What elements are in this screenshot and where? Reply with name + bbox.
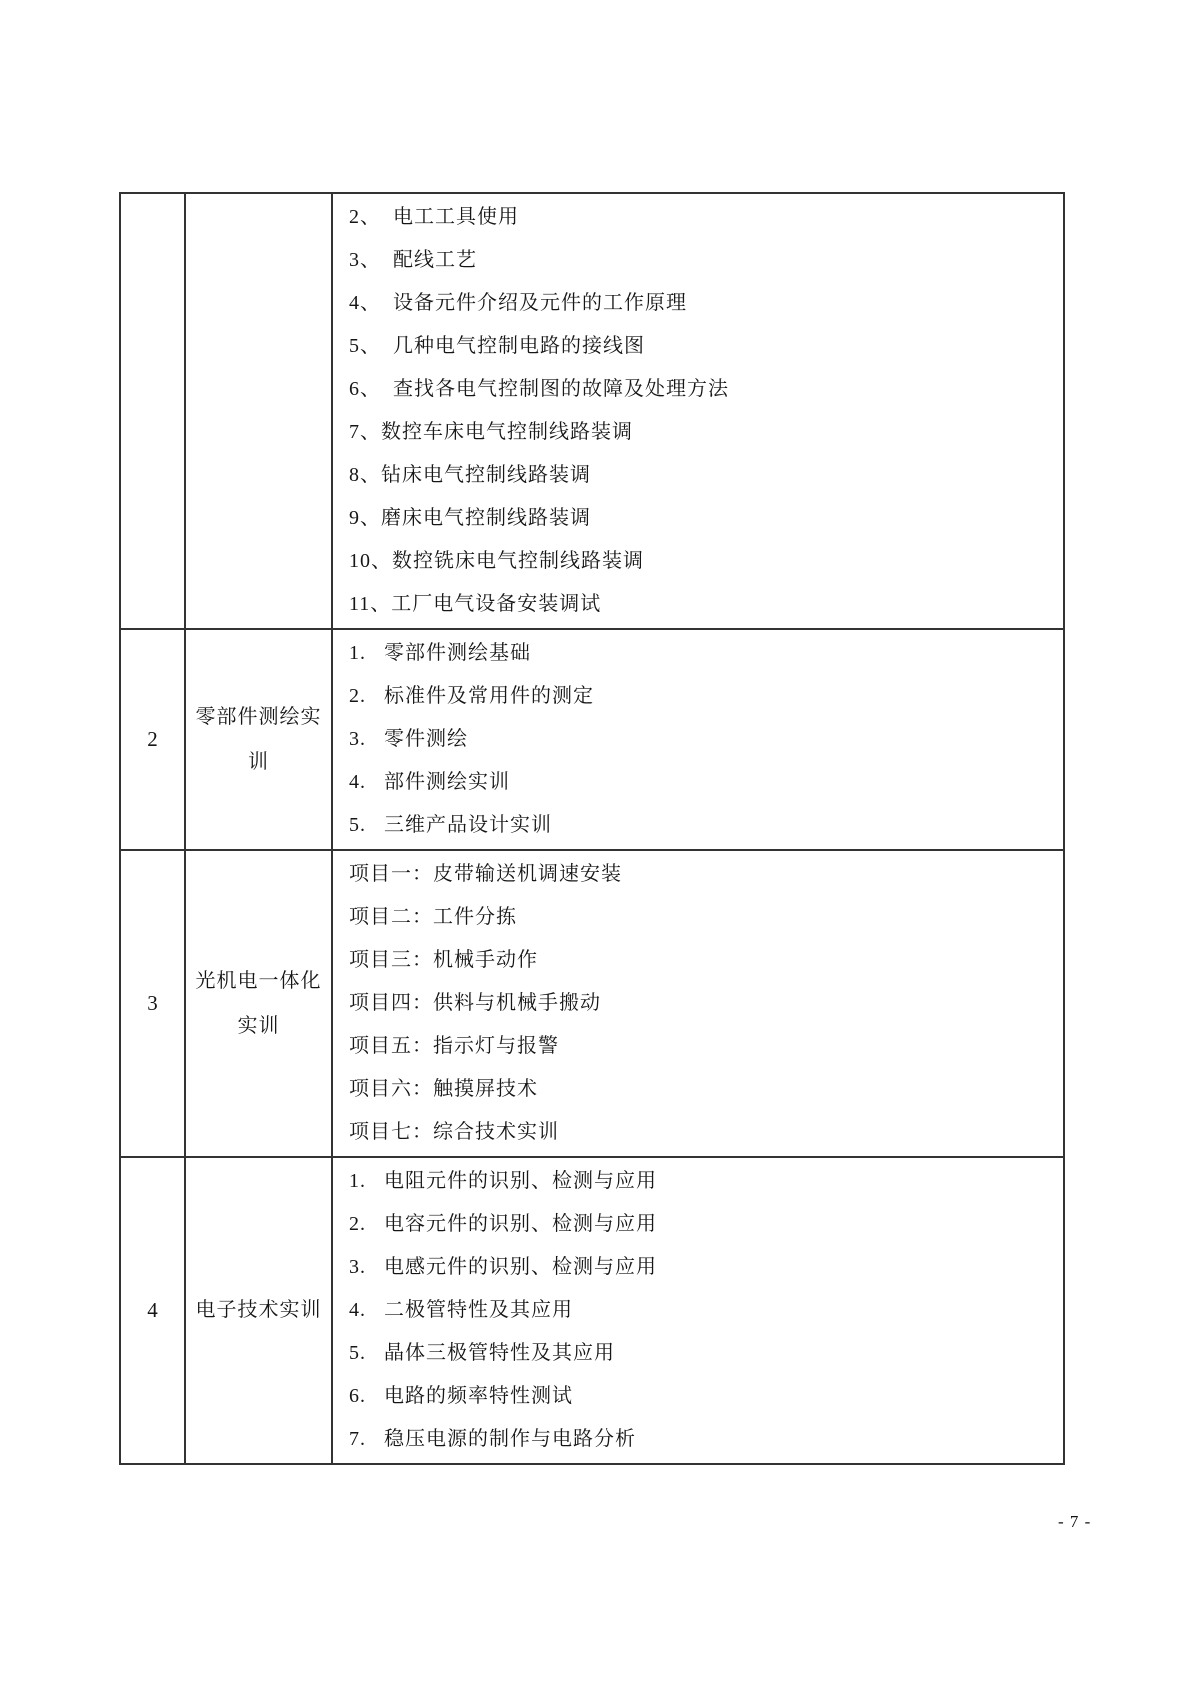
content-line: 项目五：指示灯与报警 (333, 1025, 1063, 1068)
content-line: 2. 标准件及常用件的测定 (333, 675, 1063, 718)
content-line: 1. 零部件测绘基础 (333, 632, 1063, 675)
content-line: 5. 三维产品设计实训 (333, 804, 1063, 847)
content-line: 项目六：触摸屏技术 (333, 1068, 1063, 1111)
content-line: 1. 电阻元件的识别、检测与应用 (333, 1160, 1063, 1203)
content-line: 项目三：机械手动作 (333, 939, 1063, 982)
content-line: 9、磨床电气控制线路装调 (333, 497, 1063, 540)
content-line: 5. 晶体三极管特性及其应用 (333, 1332, 1063, 1375)
page-number: - 7 - (1058, 1512, 1091, 1532)
content-line: 4. 二极管特性及其应用 (333, 1289, 1063, 1332)
content-line: 3. 零件测绘 (333, 718, 1063, 761)
content-line: 10、数控铣床电气控制线路装调 (333, 540, 1063, 583)
content-line: 7、数控车床电气控制线路装调 (333, 411, 1063, 454)
course-name: 光机电一体化实训 (195, 959, 323, 1049)
content-line: 5、 几种电气控制电路的接线图 (333, 325, 1063, 368)
content-line: 项目二：工件分拣 (333, 896, 1063, 939)
course-content-cell: 1. 零部件测绘基础 2. 标准件及常用件的测定 3. 零件测绘 4. 部件测绘… (332, 629, 1064, 850)
course-name: 电子技术实训 (195, 1288, 323, 1333)
course-name-cell: 零部件测绘实训 (185, 629, 332, 850)
row-index-cell: 2 (120, 629, 185, 850)
content-line: 3. 电感元件的识别、检测与应用 (333, 1246, 1063, 1289)
course-content-cell: 2、 电工工具使用 3、 配线工艺 4、 设备元件介绍及元件的工作原理 5、 几… (332, 193, 1064, 629)
content-line: 6、 查找各电气控制图的故障及处理方法 (333, 368, 1063, 411)
content-line: 2. 电容元件的识别、检测与应用 (333, 1203, 1063, 1246)
row-index-cell: 4 (120, 1157, 185, 1464)
content-line: 3、 配线工艺 (333, 239, 1063, 282)
content-line: 7. 稳压电源的制作与电路分析 (333, 1418, 1063, 1461)
table-row-2: 2 零部件测绘实训 1. 零部件测绘基础 2. 标准件及常用件的测定 3. 零件… (120, 629, 1064, 850)
table-row-continuation: 2、 电工工具使用 3、 配线工艺 4、 设备元件介绍及元件的工作原理 5、 几… (120, 193, 1064, 629)
content-line: 4、 设备元件介绍及元件的工作原理 (333, 282, 1063, 325)
course-name-cell: 电子技术实训 (185, 1157, 332, 1464)
content-line: 8、钻床电气控制线路装调 (333, 454, 1063, 497)
content-line: 2、 电工工具使用 (333, 196, 1063, 239)
content-line: 项目七：综合技术实训 (333, 1111, 1063, 1154)
course-name-cell: 光机电一体化实训 (185, 850, 332, 1157)
table-row-4: 4 电子技术实训 1. 电阻元件的识别、检测与应用 2. 电容元件的识别、检测与… (120, 1157, 1064, 1464)
course-name: 零部件测绘实训 (195, 695, 323, 785)
content-line: 11、工厂电气设备安装调试 (333, 583, 1063, 626)
row-index-cell (120, 193, 185, 629)
content-line: 4. 部件测绘实训 (333, 761, 1063, 804)
training-content-table: 2、 电工工具使用 3、 配线工艺 4、 设备元件介绍及元件的工作原理 5、 几… (119, 192, 1065, 1465)
course-content-cell: 项目一：皮带输送机调速安装 项目二：工件分拣 项目三：机械手动作 项目四：供料与… (332, 850, 1064, 1157)
content-line: 6. 电路的频率特性测试 (333, 1375, 1063, 1418)
content-line: 项目四：供料与机械手搬动 (333, 982, 1063, 1025)
row-index-cell: 3 (120, 850, 185, 1157)
course-name-cell (185, 193, 332, 629)
table-row-3: 3 光机电一体化实训 项目一：皮带输送机调速安装 项目二：工件分拣 项目三：机械… (120, 850, 1064, 1157)
course-content-cell: 1. 电阻元件的识别、检测与应用 2. 电容元件的识别、检测与应用 3. 电感元… (332, 1157, 1064, 1464)
document-page: 2、 电工工具使用 3、 配线工艺 4、 设备元件介绍及元件的工作原理 5、 几… (0, 0, 1191, 1684)
content-line: 项目一：皮带输送机调速安装 (333, 853, 1063, 896)
